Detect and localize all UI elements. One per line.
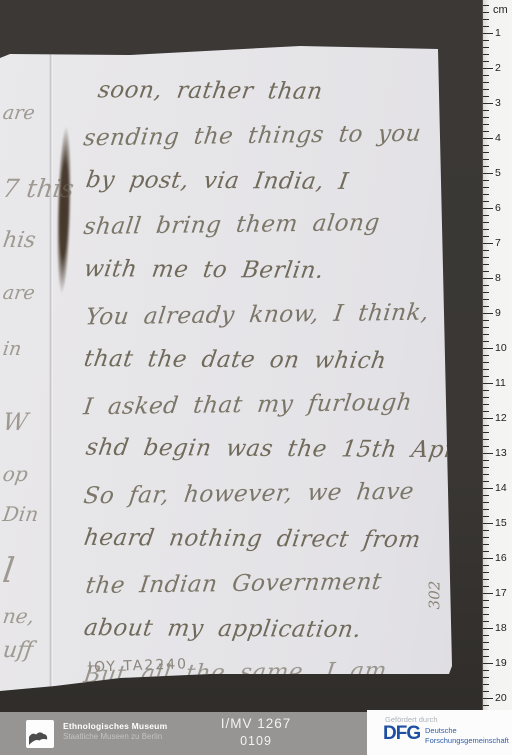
ruler-minor-tick: [483, 509, 489, 510]
ruler-minor-tick: [483, 110, 489, 111]
ruler-minor-tick: [483, 607, 489, 608]
ruler-number: 9: [495, 307, 501, 319]
ruler-minor-tick: [483, 355, 489, 356]
ruler-minor-tick: [483, 544, 489, 545]
left-page-fragment: W: [1, 408, 30, 436]
left-page-fragment: are: [1, 282, 36, 304]
manuscript-line: shd begin was the 15th April.: [84, 435, 481, 464]
ruler-minor-tick: [483, 131, 489, 132]
ruler-number: 5: [495, 167, 501, 179]
manuscript-line: by post, via India, I: [84, 167, 350, 195]
ruler-minor-tick: [483, 481, 489, 482]
ruler-cm-tick: [483, 418, 493, 419]
ruler-cm-tick: [483, 663, 493, 664]
ruler-minor-tick: [483, 670, 489, 671]
ruler-minor-tick: [483, 145, 489, 146]
left-page-fragment: op: [1, 462, 29, 486]
ruler-minor-tick: [483, 117, 489, 118]
ruler-number: 8: [495, 272, 501, 284]
ruler-minor-tick: [483, 320, 489, 321]
ruler-cm-tick: [483, 628, 493, 629]
ruler-minor-tick: [483, 194, 489, 195]
museum-banner: Ethnologisches Museum Staatliche Museen …: [0, 712, 367, 755]
manuscript-line: shall bring them along: [82, 210, 381, 240]
funding-name-line1: Deutsche: [425, 726, 509, 736]
ruler-minor-tick: [483, 299, 489, 300]
ruler-number: 15: [495, 517, 507, 529]
ruler-minor-tick: [483, 271, 489, 272]
ruler-number: 3: [495, 97, 501, 109]
ruler-minor-tick: [483, 159, 489, 160]
ruler-minor-tick: [483, 642, 489, 643]
ruler-cm-tick: [483, 698, 493, 699]
ruler-unit-label: cm: [493, 4, 508, 16]
ruler-minor-tick: [483, 124, 489, 125]
ruler-cm-tick: [483, 103, 493, 104]
ruler-minor-tick: [483, 404, 489, 405]
left-page-fragment: ne,: [1, 604, 35, 628]
ruler-number: 17: [495, 587, 507, 599]
ruler-cm-tick: [483, 278, 493, 279]
manuscript-line: about my application.: [82, 615, 363, 643]
manuscript-line: the Indian Government: [84, 569, 383, 599]
ruler-number: 1: [495, 27, 501, 39]
ruler-number: 16: [495, 552, 507, 564]
ruler-minor-tick: [483, 229, 489, 230]
ruler-minor-tick: [483, 369, 489, 370]
ruler-number: 20: [495, 692, 507, 704]
funding-organization-name: Deutsche Forschungsgemeinschaft: [425, 726, 509, 746]
ruler-cm-tick: [483, 68, 493, 69]
ruler-cm-tick: [483, 593, 493, 594]
ruler-minor-tick: [483, 306, 489, 307]
ruler-minor-tick: [483, 334, 489, 335]
margin-number-annotation: 302: [425, 581, 443, 610]
ruler-cm-tick: [483, 33, 493, 34]
ruler-minor-tick: [483, 537, 489, 538]
ruler-minor-tick: [483, 96, 489, 97]
ruler-minor-tick: [483, 502, 489, 503]
ruler-number: 11: [495, 377, 506, 389]
ruler-minor-tick: [483, 572, 489, 573]
ruler-minor-tick: [483, 54, 489, 55]
ruler-minor-tick: [483, 82, 489, 83]
ruler-minor-tick: [483, 40, 489, 41]
ruler-minor-tick: [483, 649, 489, 650]
manuscript-line: You already know, I think,: [84, 300, 431, 331]
ruler-minor-tick: [483, 75, 489, 76]
museum-name: Ethnologisches Museum: [63, 721, 167, 732]
ruler-minor-tick: [483, 530, 489, 531]
manuscript-line: soon, rather than: [96, 77, 324, 105]
ruler-number: 19: [495, 657, 507, 669]
ruler-minor-tick: [483, 61, 489, 62]
ruler-minor-tick: [483, 425, 489, 426]
inventory-block: I/MV 1267 0109: [221, 716, 292, 748]
ruler: cm 1234567891011121314151617181920: [482, 0, 512, 712]
ink-smudge-stain: [55, 126, 73, 294]
manuscript-line: So far, however, we have: [82, 479, 416, 510]
ruler-minor-tick: [483, 180, 489, 181]
ruler-minor-tick: [483, 292, 489, 293]
ruler-cm-tick: [483, 488, 493, 489]
ruler-minor-tick: [483, 362, 489, 363]
dfg-logo: DFG: [383, 723, 420, 745]
ruler-minor-tick: [483, 257, 489, 258]
ruler-minor-tick: [483, 677, 489, 678]
ruler-minor-tick: [483, 187, 489, 188]
ruler-number: 12: [495, 412, 507, 424]
ruler-cm-tick: [483, 208, 493, 209]
ruler-minor-tick: [483, 12, 489, 13]
ruler-minor-tick: [483, 474, 489, 475]
ruler-minor-tick: [483, 621, 489, 622]
manuscript-line: that the date on which: [82, 346, 388, 374]
left-page-fragment: Din: [1, 502, 40, 526]
ruler-minor-tick: [483, 390, 489, 391]
page-fold-crease: [49, 46, 53, 702]
ruler-cm-tick: [483, 453, 493, 454]
funding-name-line2: Forschungsgemeinschaft: [425, 736, 509, 746]
ruler-number: 13: [495, 447, 507, 459]
ruler-minor-tick: [483, 397, 489, 398]
ruler-cm-tick: [483, 173, 493, 174]
museum-title-block: Ethnologisches Museum Staatliche Museen …: [63, 721, 167, 742]
ruler-cm-tick: [483, 523, 493, 524]
ruler-minor-tick: [483, 495, 489, 496]
ruler-minor-tick: [483, 264, 489, 265]
ruler-cm-tick: [483, 383, 493, 384]
ruler-minor-tick: [483, 250, 489, 251]
ruler-minor-tick: [483, 705, 489, 706]
inventory-number: I/MV 1267: [221, 716, 292, 731]
ruler-minor-tick: [483, 439, 489, 440]
ruler-minor-tick: [483, 5, 489, 6]
ruler-minor-tick: [483, 222, 489, 223]
footer-bar: Ethnologisches Museum Staatliche Museen …: [0, 712, 512, 755]
ruler-minor-tick: [483, 215, 489, 216]
museum-subtitle: Staatliche Museen zu Berlin: [63, 732, 167, 742]
ruler-minor-tick: [483, 586, 489, 587]
ruler-cm-tick: [483, 558, 493, 559]
ruler-minor-tick: [483, 579, 489, 580]
ruler-minor-tick: [483, 19, 489, 20]
ruler-number: 2: [495, 62, 501, 74]
ruler-minor-tick: [483, 516, 489, 517]
ruler-minor-tick: [483, 327, 489, 328]
ruler-minor-tick: [483, 341, 489, 342]
ruler-minor-tick: [483, 89, 489, 90]
ruler-minor-tick: [483, 656, 489, 657]
ruler-cm-tick: [483, 313, 493, 314]
ruler-number: 6: [495, 202, 501, 214]
ruler-minor-tick: [483, 684, 489, 685]
ruler-minor-tick: [483, 551, 489, 552]
ruler-cm-tick: [483, 138, 493, 139]
ruler-minor-tick: [483, 600, 489, 601]
ruler-number: 18: [495, 622, 507, 634]
ruler-number: 14: [495, 482, 507, 494]
ruler-minor-tick: [483, 460, 489, 461]
ruler-minor-tick: [483, 201, 489, 202]
ruler-minor-tick: [483, 467, 489, 468]
manuscript-line: with me to Berlin.: [82, 256, 325, 284]
ruler-minor-tick: [483, 446, 489, 447]
left-page-fragment: l: [0, 551, 16, 591]
ruler-cm-tick: [483, 348, 493, 349]
ruler-minor-tick: [483, 376, 489, 377]
ruler-minor-tick: [483, 47, 489, 48]
ruler-minor-tick: [483, 152, 489, 153]
ruler-cm-tick: [483, 243, 493, 244]
ruler-number: 4: [495, 132, 501, 144]
ruler-minor-tick: [483, 236, 489, 237]
ruler-minor-tick: [483, 285, 489, 286]
ruler-number: 7: [495, 237, 501, 249]
manuscript-line: heard nothing direct from: [82, 525, 422, 553]
ruler-number: 10: [495, 342, 507, 354]
ruler-minor-tick: [483, 26, 489, 27]
ruler-minor-tick: [483, 691, 489, 692]
manuscript-line: sending the things to you: [82, 120, 423, 151]
ruler-minor-tick: [483, 411, 489, 412]
scanned-document-view: are7 thishisareinWopDinlne,uff soon, rat…: [0, 0, 512, 755]
funding-panel: Gefördert durch DFG Deutsche Forschungsg…: [367, 710, 512, 755]
left-page-fragment: 7 this: [1, 174, 76, 203]
ruler-minor-tick: [483, 614, 489, 615]
ruler-minor-tick: [483, 565, 489, 566]
scan-page-number: 0109: [221, 734, 292, 748]
ruler-minor-tick: [483, 432, 489, 433]
left-page-fragment: are: [1, 102, 36, 124]
left-page-fragment: uff: [1, 638, 34, 663]
left-page-fragment: his: [1, 228, 37, 253]
left-page-fragment: in: [1, 338, 22, 360]
ruler-minor-tick: [483, 166, 489, 167]
manuscript-line: I asked that my furlough: [82, 389, 414, 420]
ruler-minor-tick: [483, 635, 489, 636]
manuscript-page: are7 thishisareinWopDinlne,uff soon, rat…: [0, 46, 455, 702]
eagle-icon: [26, 720, 54, 748]
